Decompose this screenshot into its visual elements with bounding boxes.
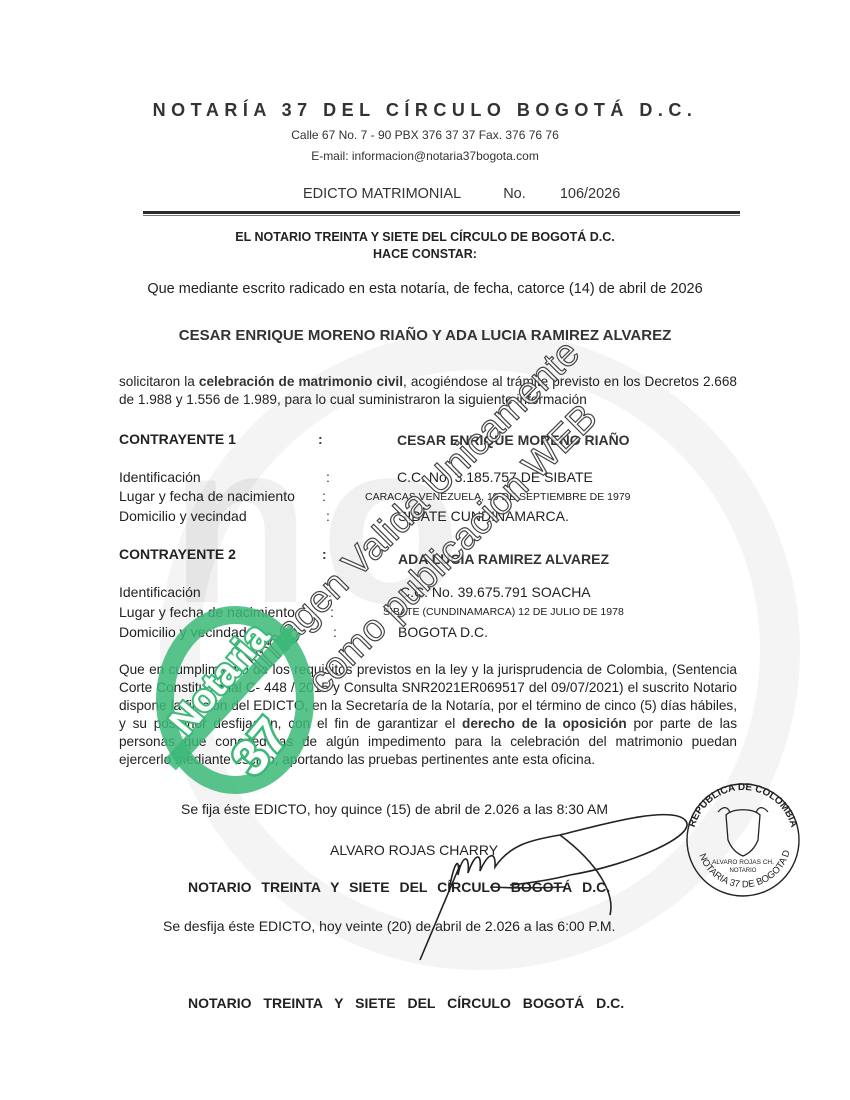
header-divider xyxy=(143,211,740,214)
colon: : xyxy=(326,469,330,485)
notary-email: E-mail: informacion@notaria37bogota.com xyxy=(0,149,850,163)
notary-title: NOTARÍA 37 DEL CÍRCULO BOGOTÁ D.C. xyxy=(0,100,850,121)
field-label: Identificación xyxy=(119,469,201,485)
notaria-37-stamp-icon: Notaria 37 xyxy=(145,590,320,805)
svg-text:REPUBLICA DE COLOMBIA: REPUBLICA DE COLOMBIA xyxy=(687,782,799,829)
notary-heading: EL NOTARIO TREINTA Y SIETE DEL CÍRCULO D… xyxy=(0,230,850,244)
notary-seal-icon: REPUBLICA DE COLOMBIA NOTARIA 37 DE BOGO… xyxy=(678,780,808,898)
legal-bold: derecho de la oposición xyxy=(462,716,627,731)
field-label: Lugar y fecha de nacimiento xyxy=(119,488,295,504)
edicto-number: 106/2026 xyxy=(560,186,620,202)
request-prefix: solicitaron la xyxy=(119,374,199,389)
colon: : xyxy=(326,508,330,524)
svg-text:ALVARO ROJAS CH.: ALVARO ROJAS CH. xyxy=(712,859,774,866)
notary-address: Calle 67 No. 7 - 90 PBX 376 37 37 Fax. 3… xyxy=(0,128,850,142)
field-label: Domicilio y vecindad xyxy=(119,508,247,524)
svg-text:NOTARIO: NOTARIO xyxy=(730,868,757,874)
contrayente-2-domicile: BOGOTA D.C. xyxy=(398,624,488,640)
signature-icon xyxy=(400,805,720,965)
svg-text:37: 37 xyxy=(220,708,299,787)
hace-constar: HACE CONSTAR: xyxy=(0,247,850,261)
edicto-header: EDICTO MATRIMONIAL No. 106/2026 xyxy=(303,186,620,202)
footer-notary-title: NOTARIO TREINTA Y SIETE DEL CÍRCULO BOGO… xyxy=(188,995,624,1011)
request-bold: celebración de matrimonio civil xyxy=(199,374,403,389)
number-label: No. xyxy=(503,186,526,202)
colon: : xyxy=(322,488,326,504)
request-paragraph: solicitaron la celebración de matrimonio… xyxy=(119,373,737,409)
statement: Que mediante escrito radicado en esta no… xyxy=(0,281,850,297)
contrayente-1-heading: CONTRAYENTE 1 xyxy=(119,431,236,447)
header-divider-thin xyxy=(143,215,740,216)
couple-names: CESAR ENRIQUE MORENO RIAÑO Y ADA LUCIA R… xyxy=(0,327,850,344)
colon: : xyxy=(322,546,327,562)
document-type: EDICTO MATRIMONIAL xyxy=(303,186,461,202)
colon: : xyxy=(318,431,323,447)
contrayente-2-heading: CONTRAYENTE 2 xyxy=(119,546,236,562)
